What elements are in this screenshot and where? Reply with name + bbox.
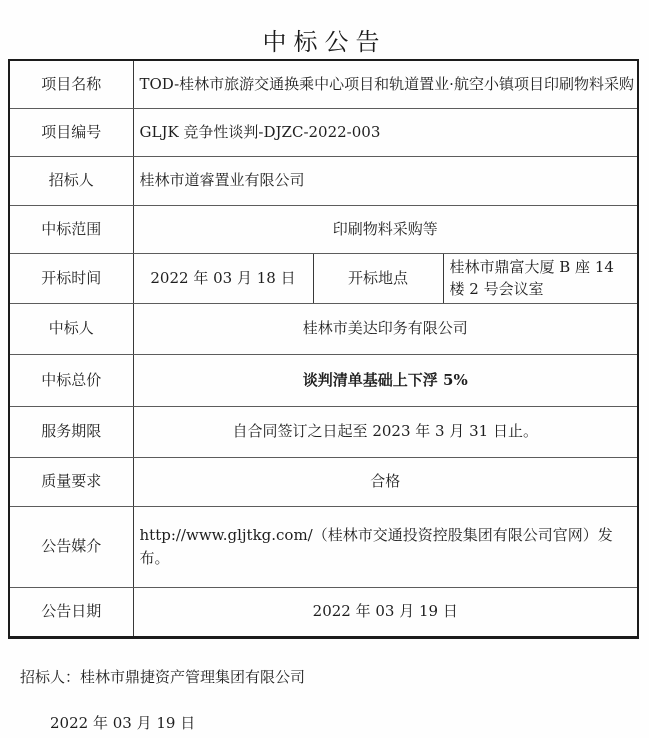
- announcement-page: 中标公告 项目名称 TOD-桂林市旅游交通换乘中心项目和轨道置业·航空小镇项目印…: [0, 0, 649, 738]
- table-row: 中标总价 谈判清单基础上下浮 5%: [9, 354, 638, 406]
- table-row: 公告日期 2022 年 03 月 19 日: [9, 587, 638, 637]
- value-total-price: 谈判清单基础上下浮 5%: [133, 354, 638, 406]
- value-service-period: 自合同签订之日起至 2023 年 3 月 31 日止。: [133, 406, 638, 457]
- table-row: 公告媒介 http://www.gljtkg.com/（桂林市交通投资控股集团有…: [9, 506, 638, 587]
- label-tenderer: 招标人: [9, 156, 133, 205]
- label-bid-scope: 中标范围: [9, 205, 133, 253]
- value-quality-requirement: 合格: [133, 457, 638, 506]
- table-row: 招标人 桂林市道睿置业有限公司: [9, 156, 638, 205]
- value-winner: 桂林市美达印务有限公司: [133, 303, 638, 354]
- label-winner: 中标人: [9, 303, 133, 354]
- label-opening-time: 开标时间: [9, 253, 133, 303]
- table-row: 质量要求 合格: [9, 457, 638, 506]
- label-project-name: 项目名称: [9, 60, 133, 108]
- table-row: 服务期限 自合同签订之日起至 2023 年 3 月 31 日止。: [9, 406, 638, 457]
- table-row: 开标时间 2022 年 03 月 18 日 开标地点 桂林市鼎富大厦 B 座 1…: [9, 253, 638, 303]
- value-bid-scope: 印刷物料采购等: [133, 205, 638, 253]
- table-row: 项目编号 GLJK 竞争性谈判-DJZC-2022-003: [9, 108, 638, 156]
- value-announcement-media: http://www.gljtkg.com/（桂林市交通投资控股集团有限公司官网…: [133, 506, 638, 587]
- value-tenderer: 桂林市道睿置业有限公司: [133, 156, 638, 205]
- award-info-table: 项目名称 TOD-桂林市旅游交通换乘中心项目和轨道置业·航空小镇项目印刷物料采购…: [8, 59, 639, 639]
- value-project-name: TOD-桂林市旅游交通换乘中心项目和轨道置业·航空小镇项目印刷物料采购: [133, 60, 638, 108]
- value-opening-time: 2022 年 03 月 18 日: [133, 253, 313, 303]
- label-total-price: 中标总价: [9, 354, 133, 406]
- label-project-number: 项目编号: [9, 108, 133, 156]
- label-quality-requirement: 质量要求: [9, 457, 133, 506]
- label-announcement-date: 公告日期: [9, 587, 133, 637]
- page-title: 中标公告: [0, 22, 649, 57]
- value-project-number: GLJK 竞争性谈判-DJZC-2022-003: [133, 108, 638, 156]
- table-row: 中标人 桂林市美达印务有限公司: [9, 303, 638, 354]
- label-opening-place: 开标地点: [313, 253, 443, 303]
- label-announcement-media: 公告媒介: [9, 506, 133, 587]
- value-opening-place: 桂林市鼎富大厦 B 座 14 楼 2 号会议室: [443, 253, 638, 303]
- value-announcement-date: 2022 年 03 月 19 日: [133, 587, 638, 637]
- table-row: 中标范围 印刷物料采购等: [9, 205, 638, 253]
- label-service-period: 服务期限: [9, 406, 133, 457]
- footer-date-line: 2022 年 03 月 19 日: [50, 712, 195, 733]
- table-row: 项目名称 TOD-桂林市旅游交通换乘中心项目和轨道置业·航空小镇项目印刷物料采购: [9, 60, 638, 108]
- footer-tenderer-line: 招标人：桂林市鼎捷资产管理集团有限公司: [20, 666, 305, 687]
